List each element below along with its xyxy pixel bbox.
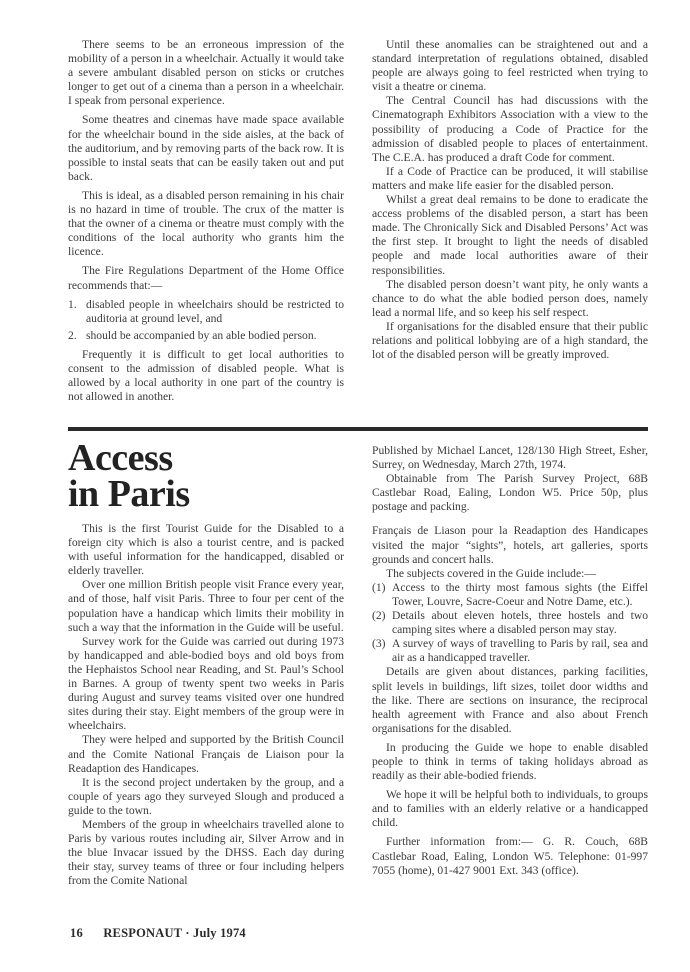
paragraph: Members of the group in wheelchairs trav… [68, 818, 344, 888]
list-text: A survey of ways of travelling to Paris … [392, 637, 648, 664]
paragraph: Details are given about distances, parki… [372, 665, 648, 735]
list-number: (2) [372, 609, 386, 623]
list-number: 1. [68, 298, 77, 312]
list-item: (1) Access to the thirty most famous sig… [372, 581, 648, 609]
list-item: 2. should be accompanied by an able bodi… [68, 329, 344, 343]
further-information: Further information from:— G. R. Couch, … [372, 835, 648, 877]
article-left-column: This is the first Tourist Guide for the … [68, 522, 344, 888]
article-right-column: Published by Michael Lancet, 128/130 Hig… [372, 444, 648, 878]
list-number: (3) [372, 637, 386, 651]
paragraph: Over one million British people visit Fr… [68, 578, 344, 634]
paragraph: In producing the Guide we hope to enable… [372, 741, 648, 783]
recommendations-list: 1. disabled people in wheelchairs should… [68, 298, 344, 343]
list-number: 2. [68, 329, 77, 343]
top-right-column: Until these anomalies can be straightene… [372, 38, 648, 362]
paragraph: There seems to be an erroneous impressio… [68, 38, 344, 108]
paragraph: Frequently it is difficult to get local … [68, 348, 344, 404]
publisher-info: Published by Michael Lancet, 128/130 Hig… [372, 444, 648, 472]
title-line-2: in Paris [68, 476, 190, 512]
list-number: (1) [372, 581, 386, 595]
list-text: Access to the thirty most famous sights … [392, 581, 648, 608]
paragraph: Some theatres and cinemas have made spac… [68, 113, 344, 183]
section-divider-rule [68, 427, 648, 431]
article-title: Access in Paris [68, 440, 190, 512]
paragraph: Until these anomalies can be straightene… [372, 38, 648, 94]
subjects-intro: The subjects covered in the Guide includ… [372, 567, 648, 581]
top-left-column: There seems to be an erroneous impressio… [68, 38, 344, 404]
paragraph: This is ideal, as a disabled person rema… [68, 189, 344, 259]
page-number: 16 [70, 926, 100, 941]
subjects-list: (1) Access to the thirty most famous sig… [372, 581, 648, 666]
page-footer: 16 RESPONAUT · July 1974 [70, 926, 246, 941]
paragraph: This is the first Tourist Guide for the … [68, 522, 344, 578]
paragraph: The Central Council has had discussions … [372, 94, 648, 164]
paragraph: If organisations for the disabled ensure… [372, 320, 648, 362]
paragraph: The Fire Regulations Department of the H… [68, 264, 344, 292]
publication-name-date: RESPONAUT · July 1974 [103, 926, 246, 940]
paragraph: The disabled person doesn’t want pity, h… [372, 278, 648, 320]
paragraph: If a Code of Practice can be produced, i… [372, 165, 648, 193]
obtainable-info: Obtainable from The Parish Survey Projec… [372, 472, 648, 514]
paragraph: It is the second project undertaken by t… [68, 776, 344, 818]
list-text: disabled people in wheelchairs should be… [86, 298, 344, 325]
paragraph: Whilst a great deal remains to be done t… [372, 193, 648, 278]
list-item: (2) Details about eleven hotels, three h… [372, 609, 648, 637]
list-text: Details about eleven hotels, three hoste… [392, 609, 648, 636]
paragraph: They were helped and supported by the Br… [68, 733, 344, 775]
list-text: should be accompanied by an able bodied … [86, 329, 317, 342]
list-item: 1. disabled people in wheelchairs should… [68, 298, 344, 326]
paragraph: We hope it will be helpful both to indiv… [372, 788, 648, 830]
title-line-1: Access [68, 440, 190, 476]
paragraph-continuation: Français de Liason pour la Readaption de… [372, 524, 648, 566]
paragraph: Survey work for the Guide was carried ou… [68, 635, 344, 734]
list-item: (3) A survey of ways of travelling to Pa… [372, 637, 648, 665]
